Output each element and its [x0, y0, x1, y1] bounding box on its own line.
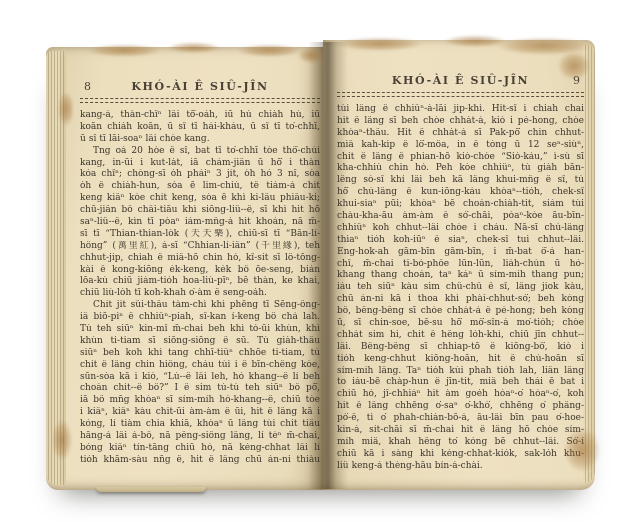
text-line: chiū liù-lo̍h tī koh-khah o͘-àm ê seng-o… — [80, 288, 320, 300]
running-head-left: 8 KHÓ-ÀI Ê SIÛ-JÎN — [80, 80, 320, 95]
text-line: khui-siaⁿ pūi; khòaⁿ bē choán-chia̍h-tit… — [337, 199, 584, 211]
book-page-left: 8 KHÓ-ÀI Ê SIÛ-JÎN kang-á, thàn-chîⁿ lâi… — [46, 47, 323, 490]
page-right-content: KHÓ-ÀI Ê SIÛ-JÎN 9 tùi lâng ê chhiûⁿ-á-l… — [337, 74, 584, 473]
text-line: saⁿ-liû--ê, kìn tī pòaⁿ iám-mn̂g-á hit k… — [80, 217, 320, 229]
text-line: keng kiâⁿ kòe chi̍t keng, sòa ē khì ki-l… — [80, 193, 320, 205]
running-head-right: KHÓ-ÀI Ê SIÛ-JÎN 9 — [337, 74, 584, 89]
header-rule-left — [80, 98, 320, 103]
text-line: o̍h ê chia̍h-hun, sòa ē lim-chiú, tê tiá… — [80, 181, 320, 193]
text-line: koān chia̍h koān, ū sî tī hái-kháu, ū sî… — [80, 122, 320, 134]
text-line: iâ biō-piⁿ ê chhiûⁿ-piah, sî-kan í-keng … — [80, 312, 320, 324]
text-line: choán chi̍t--ê bô?” I ê sim tú-tú teh si… — [80, 383, 320, 395]
text-line: liû keng-á thèng-hāu bín-á-chài. — [337, 461, 584, 473]
text-line: kang-á, thàn-chîⁿ lâi tō͘-oa̍h, iū hú ch… — [80, 110, 320, 122]
text-line: iáu teh siūⁿ kàu sim chû-chû ê sî, lâng … — [337, 282, 584, 294]
text-line: hō͘ chú-lâng ê kun-iōng-káu khòaⁿ--tio̍h… — [337, 187, 584, 199]
text-line: lêng só-sî khí lâi beh kā lâng khui-mn̂g… — [337, 175, 584, 187]
under-page-edge — [96, 487, 206, 492]
photo-of-open-book: 8 KHÓ-ÀI Ê SIÛ-JÎN kang-á, thàn-chîⁿ lâi… — [0, 0, 640, 522]
body-text-right: tùi lâng ê chhiûⁿ-á-lāi ji̍p-khì. Hit-sî… — [337, 104, 584, 473]
text-line: Tng oá 20 hòe ê sî, bat tī to͘-chhī tòe … — [80, 146, 320, 158]
text-line: hāng-á lâi á-bô, nā pêng-siông lâng, lí … — [80, 431, 320, 443]
text-line: khòaⁿ-thâu. Hit ê chha̍t-á sī Pak-pō͘ ch… — [337, 128, 584, 140]
text-line: tùi lâng ê chhiûⁿ-á-lāi ji̍p-khì. Hit-sî… — [337, 104, 584, 116]
text-line: thiaⁿ tio̍h koh-iūⁿ ê siaⁿ, chek-sî tui … — [337, 235, 584, 247]
page-edge-stack-left — [46, 51, 66, 485]
text-line: sím-mi̍h lâng. Taⁿ tio̍h kúi phah tio̍h … — [337, 366, 584, 378]
text-line: to iáu-bē cha̍p-hun ê jīn-tit, miâ beh t… — [337, 377, 584, 389]
text-line: hông” (萬里紅), á-sī “Chhian-lí-iân” (千里緣),… — [80, 241, 320, 253]
text-line: Tú teh siūⁿ kin-mî m̄-chai beh khì tó-ūi… — [80, 324, 320, 336]
text-line: kang, in-ūi i kut-la̍t, iā chám-jiân ū h… — [80, 158, 320, 170]
text-line: tio̍h khām-sàu nn̄g ê, hit ê lâng chū án… — [80, 455, 320, 467]
text-line: kin-á, si̍t-chāi sī m̄-chai hit ê lâng h… — [337, 425, 584, 437]
text-line: hit ê lâng chhēng o͘-saⁿ o͘-khò͘, chhēng… — [337, 401, 584, 413]
text-line: chū-jiân bô châi-tiāu khì siōng-liû--ê, … — [80, 205, 320, 217]
text-line: chiū hó, jî-chhiáⁿ hit àm goe̍h hóaⁿ-o͘ … — [337, 389, 584, 401]
text-line: ū sî tī lāi-soaⁿ lâi chòe kang. — [80, 134, 320, 146]
text-line: hit ê lâng sī beh chòe chha̍t-á, kiò i p… — [337, 116, 584, 128]
text-line: kài ê kong-kiōng e̍k-keng, ke̍k bô ōe-se… — [80, 265, 320, 277]
text-line: bô, bêng-bêng sī chòe chha̍t-á ê pé-hong… — [337, 306, 584, 318]
text-line: pò͘-ê, tì o͘ phah-chián-bō-á, āu-lâi bīn… — [337, 413, 584, 425]
text-line: kóa chîⁿ; chóng-sī o̍h pháiⁿ 3 ji̍t, o̍h… — [80, 169, 320, 181]
page-left-content: 8 KHÓ-ÀI Ê SIÛ-JÎN kang-á, thàn-chîⁿ lâi… — [80, 80, 320, 467]
text-line: lōa-kú chiū jiám-tio̍h hoa-liú-pīⁿ, bē t… — [80, 276, 320, 288]
text-line: chiū kā i sàng khì kéng-chhat-kio̍k, sak… — [337, 449, 584, 461]
text-line: chhut-ji̍p, chiah ê miâ-hō chin hó, kî-s… — [80, 253, 320, 265]
text-line: Éng-hok-ah gām-bīn gām-bīn, i m̄-bat ô͘-… — [337, 247, 584, 259]
text-line: iā bô mn̄g khòaⁿ sī sím-mi̍h hó-khang--ê… — [80, 395, 320, 407]
text-line: chū án-ni kā i thoa khì phài-chhut-só͘; … — [337, 294, 584, 306]
text-line: miâ kah-kip ê lô͘-môa, in ê tóng ū 12 se… — [337, 140, 584, 152]
text-line: ū, sī chin-soe, bē-su hō͘ mô͘-sîn-á mo͘-… — [337, 318, 584, 330]
text-line: i kiâⁿ, kiâⁿ kàu chi̍t-ūi àm-àm ê ūi, hi… — [80, 407, 320, 419]
text-line: siūⁿ beh koh khì tang chhī-tiûⁿ chhōe ti… — [80, 348, 320, 360]
book-page-right: KHÓ-ÀI Ê SIÛ-JÎN 9 tùi lâng ê chhiûⁿ-á-l… — [323, 40, 595, 490]
text-line: khang thang choán, taⁿ káⁿ ū sím-mi̍h th… — [337, 270, 584, 282]
running-title-left: KHÓ-ÀI Ê SIÛ-JÎN — [80, 80, 320, 93]
page-number-left: 8 — [84, 80, 91, 93]
text-line: chî, m̄-chai ti-bó-phôe lūn-lūn, lia̍h-c… — [337, 259, 584, 271]
text-line: sī tī “Thian-thian-lo̍k (天天樂), chiū-sī t… — [80, 229, 320, 241]
text-line: tio̍h keng-chhut kiōng-hoān, hit ê chú-h… — [337, 354, 584, 366]
text-line: sūn-sòa kā i kiò, “Lú--ê lâi leh, hó kha… — [80, 372, 320, 384]
page-number-right: 9 — [573, 74, 580, 87]
text-line: bóng kiâⁿ tín-tāng chiū hó, nā kéng-chha… — [80, 443, 320, 455]
page-edge-stack-right — [583, 45, 595, 483]
text-line: chhiûⁿ koh chhut--lâi chòe i cháu. Nā-sī… — [337, 223, 584, 235]
header-rule-right — [337, 92, 584, 97]
text-line: chi̍t ê lâng chin hiông, cháu tùi i ê bī… — [80, 360, 320, 372]
body-text-left: kang-á, thàn-chîⁿ lâi tō͘-oa̍h, iū hú ch… — [80, 110, 320, 467]
text-line: kha-chhiú chin hó. Peh kòe chhiûⁿ, tú gi… — [337, 163, 584, 175]
text-line: Chi̍t ji̍t sûi-thâu tàm-chì khì phēng tī… — [80, 300, 320, 312]
text-line: kóng, lí tiàm chia khiā, khòaⁿ ū lâng tù… — [80, 419, 320, 431]
text-line: khùn ti-tiam sī siōng-siōng ê sū. Tú gia… — [80, 336, 320, 348]
text-line: mi̍h miâ, khah hêng to͘ kóng bē chhut--l… — [337, 437, 584, 449]
text-line: lâi. Bêng-bêng sī chhiap-tō ê kiōng-bô͘,… — [337, 342, 584, 354]
text-line: chàu-kha-āu àm-àm ê só͘-chāi, pòaⁿ-kòe ā… — [337, 211, 584, 223]
running-title-right: KHÓ-ÀI Ê SIÛ-JÎN — [337, 74, 584, 87]
text-line: chha̍t sim hi, chi̍t ê hêng lo̍h-khì, ch… — [337, 330, 584, 342]
text-line: chit ê lâng ê phian-hō kiò-chòe “Sió-káu… — [337, 152, 584, 164]
